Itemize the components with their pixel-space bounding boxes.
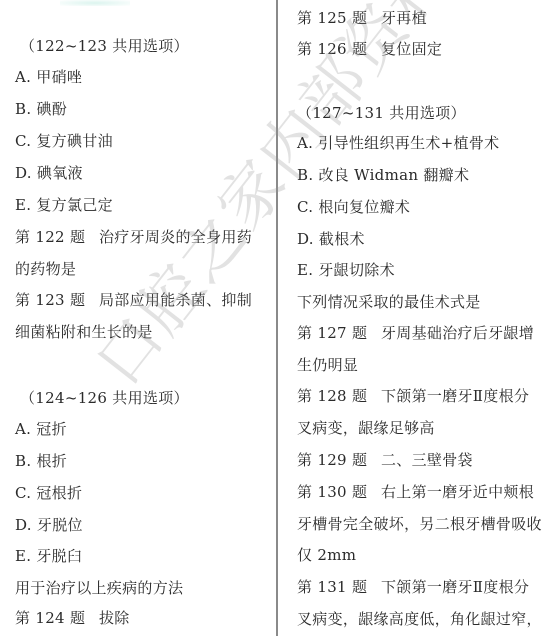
question-number: 第 127 题 xyxy=(297,323,381,343)
group-header: （122~123 共用选项） xyxy=(20,36,189,56)
document-page: （122~123 共用选项） A. 甲硝唑 B. 碘酚 C. 复方碘甘油 D. … xyxy=(0,0,560,636)
option-b: B. 碘酚 xyxy=(15,99,67,119)
question-continuation: 叉病变，龈缘高度低，角化龈过窄， xyxy=(297,609,542,629)
question-text: 复位固定 xyxy=(381,40,442,58)
column-divider xyxy=(276,0,278,636)
question-stem: 下列情况采取的最佳术式是 xyxy=(297,292,481,312)
option-e: E. 牙脱臼 xyxy=(15,546,82,566)
question-number: 第 128 题 xyxy=(297,386,381,406)
question-text: 牙周基础治疗后牙龈增 xyxy=(381,324,534,342)
question-continuation: 仅 2mm xyxy=(297,545,356,565)
question-124: 第 124 题拔除 xyxy=(15,608,130,628)
group-header: （124~126 共用选项） xyxy=(20,388,189,408)
option-d: D. 碘氧液 xyxy=(15,163,83,183)
question-125: 第 125 题牙再植 xyxy=(297,8,427,28)
question-number: 第 130 题 xyxy=(297,482,381,502)
option-d: D. 牙脱位 xyxy=(15,515,83,535)
option-c: C. 冠根折 xyxy=(15,483,82,503)
question-continuation: 叉病变，龈缘足够高 xyxy=(297,418,435,438)
option-a: A. 冠折 xyxy=(15,419,67,439)
question-number: 第 125 题 xyxy=(297,8,381,28)
question-text: 下颌第一磨牙Ⅱ度根分 xyxy=(381,387,529,405)
question-text: 右上第一磨牙近中颊根 xyxy=(381,483,534,501)
question-129: 第 129 题二、三壁骨袋 xyxy=(297,450,473,470)
question-stem: 用于治疗以上疾病的方法 xyxy=(15,578,183,598)
question-123: 第 123 题局部应用能杀菌、抑制 xyxy=(15,290,252,310)
question-text: 拔除 xyxy=(99,609,130,627)
option-e: E. 复方氯己定 xyxy=(15,195,113,215)
option-b: B. 根折 xyxy=(15,451,67,471)
question-continuation: 生仍明显 xyxy=(297,355,358,375)
question-continuation: 牙槽骨完全破坏，另二根牙槽骨吸收 xyxy=(297,514,542,534)
question-126: 第 126 题复位固定 xyxy=(297,39,442,59)
right-column: 第 125 题牙再植 第 126 题复位固定 （127~131 共用选项） A.… xyxy=(279,0,560,636)
question-continuation: 的药物是 xyxy=(15,259,76,279)
question-text: 下颌第一磨牙Ⅱ度根分 xyxy=(381,578,529,596)
question-122: 第 122 题治疗牙周炎的全身用药 xyxy=(15,227,252,247)
question-number: 第 124 题 xyxy=(15,608,99,628)
question-127: 第 127 题牙周基础治疗后牙龈增 xyxy=(297,323,534,343)
question-number: 第 126 题 xyxy=(297,39,381,59)
left-column: （122~123 共用选项） A. 甲硝唑 B. 碘酚 C. 复方碘甘油 D. … xyxy=(0,0,276,636)
question-continuation: 细菌粘附和生长的是 xyxy=(15,322,153,342)
question-number: 第 129 题 xyxy=(297,450,381,470)
option-c: C. 复方碘甘油 xyxy=(15,131,113,151)
option-b: B. 改良 Widman 翻瓣术 xyxy=(297,165,469,185)
option-d: D. 截根术 xyxy=(297,229,365,249)
option-a: A. 甲硝唑 xyxy=(15,67,82,87)
question-130: 第 130 题右上第一磨牙近中颊根 xyxy=(297,482,534,502)
question-text: 二、三壁骨袋 xyxy=(381,451,473,469)
option-c: C. 根向复位瓣术 xyxy=(297,197,410,217)
option-e: E. 牙龈切除术 xyxy=(297,260,395,280)
group-header: （127~131 共用选项） xyxy=(297,103,466,123)
question-text: 局部应用能杀菌、抑制 xyxy=(99,291,252,309)
question-number: 第 122 题 xyxy=(15,227,99,247)
question-text: 治疗牙周炎的全身用药 xyxy=(99,228,252,246)
option-a: A. 引导性组织再生术+植骨术 xyxy=(297,133,499,153)
question-128: 第 128 题下颌第一磨牙Ⅱ度根分 xyxy=(297,386,529,406)
question-number: 第 123 题 xyxy=(15,290,99,310)
question-text: 牙再植 xyxy=(381,9,427,27)
question-number: 第 131 题 xyxy=(297,577,381,597)
question-131: 第 131 题下颌第一磨牙Ⅱ度根分 xyxy=(297,577,529,597)
